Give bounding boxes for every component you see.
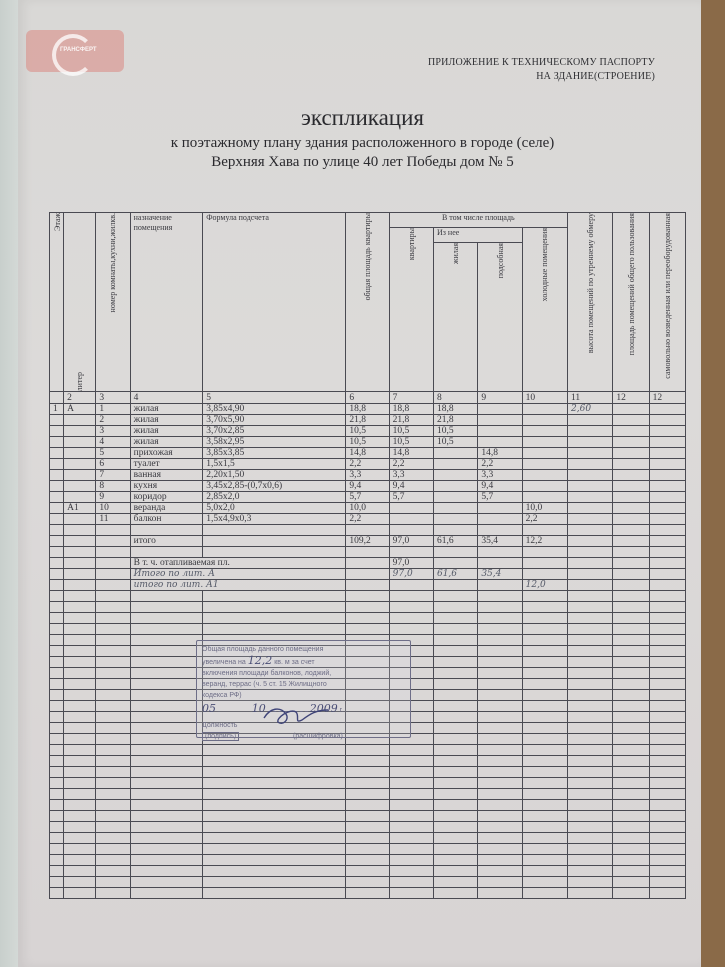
table-row-empty	[50, 888, 686, 899]
cell	[649, 404, 685, 415]
cell: ванная	[130, 470, 203, 481]
cell	[568, 767, 613, 778]
cell	[568, 481, 613, 492]
cell	[130, 767, 203, 778]
table-row: 4жилая3,58x2,9510,510,510,5	[50, 437, 686, 448]
cell	[203, 745, 346, 756]
cell	[203, 624, 346, 635]
cell	[203, 591, 346, 602]
cell	[433, 811, 477, 822]
cell	[522, 833, 567, 844]
cell	[433, 800, 477, 811]
cell	[50, 503, 64, 514]
cell	[96, 624, 130, 635]
cell	[64, 448, 96, 459]
cell: 18,8	[433, 404, 477, 415]
cell	[130, 844, 203, 855]
cell	[346, 613, 389, 624]
cell	[50, 712, 64, 723]
cell	[478, 833, 522, 844]
cell	[96, 679, 130, 690]
cell	[64, 514, 96, 525]
cell: 5,7	[478, 492, 522, 503]
cell	[649, 756, 685, 767]
cell	[649, 415, 685, 426]
cell	[613, 536, 649, 547]
cell: 2,2	[346, 459, 389, 470]
cell	[50, 723, 64, 734]
cell	[568, 855, 613, 866]
handwritten-row: Итого по лит. А97,061,635,4	[50, 569, 686, 580]
cell: 9,4	[478, 481, 522, 492]
cell	[649, 624, 685, 635]
cell	[613, 470, 649, 481]
cell	[478, 811, 522, 822]
cell	[50, 624, 64, 635]
cell	[649, 492, 685, 503]
cell	[478, 789, 522, 800]
cell	[522, 459, 567, 470]
cell	[613, 866, 649, 877]
cell	[433, 734, 477, 745]
cell	[64, 767, 96, 778]
cell	[96, 833, 130, 844]
cell	[50, 613, 64, 624]
cell	[613, 668, 649, 679]
cell	[203, 800, 346, 811]
cell	[64, 723, 96, 734]
cell	[64, 701, 96, 712]
cell	[203, 536, 346, 547]
cell: балкон	[130, 514, 203, 525]
cell	[50, 470, 64, 481]
cell	[568, 624, 613, 635]
cell	[130, 547, 203, 558]
cell: 3,3	[478, 470, 522, 481]
watermark-text: ГРАНСФЕРТ	[60, 47, 97, 53]
cell: 3,45x2,85-(0,7x0,6)	[203, 481, 346, 492]
subtitle-line-1: к поэтажному плану здания расположенного…	[0, 134, 725, 153]
cell	[50, 481, 64, 492]
cell	[433, 459, 477, 470]
cell	[433, 470, 477, 481]
cell	[50, 855, 64, 866]
cell	[649, 789, 685, 800]
cell	[389, 602, 433, 613]
cell	[50, 525, 64, 536]
cell	[568, 415, 613, 426]
appendix-line-1: ПРИЛОЖЕНИЕ К ТЕХНИЧЕСКОМУ ПАСПОРТУ	[428, 56, 655, 70]
cell	[568, 602, 613, 613]
cell: 61,6	[433, 536, 477, 547]
cell	[50, 569, 64, 580]
cell	[50, 547, 64, 558]
cell	[203, 789, 346, 800]
col-letter-header: литер	[64, 213, 96, 392]
table-row: 1А1жилая3,85x4,9018,818,818,82,60	[50, 404, 686, 415]
cell	[389, 811, 433, 822]
cell	[522, 844, 567, 855]
cell	[389, 525, 433, 536]
cell	[64, 712, 96, 723]
cell	[96, 580, 130, 591]
cell	[50, 558, 64, 569]
table-row: 6туалет1,5x1,52,22,22,2	[50, 459, 686, 470]
cell: 10,5	[433, 426, 477, 437]
cell	[649, 481, 685, 492]
cell	[649, 822, 685, 833]
cell	[96, 668, 130, 679]
cell	[64, 613, 96, 624]
cell	[568, 833, 613, 844]
cell	[130, 855, 203, 866]
cell	[389, 877, 433, 888]
cell	[522, 613, 567, 624]
cell	[568, 569, 613, 580]
col-of-which-header: Из нее	[433, 228, 522, 243]
cell	[433, 591, 477, 602]
col-room-no-header: номер комнаты,кухни,жилкв.	[96, 213, 130, 392]
cell	[568, 844, 613, 855]
cell	[64, 646, 96, 657]
cell	[130, 712, 203, 723]
col-incl-group-header: В том числе площадь	[389, 213, 567, 228]
cell	[346, 855, 389, 866]
table-row-empty	[50, 624, 686, 635]
cell	[522, 558, 567, 569]
table-row-empty	[50, 866, 686, 877]
cell	[649, 833, 685, 844]
cell	[613, 789, 649, 800]
cell	[433, 877, 477, 888]
cell	[433, 789, 477, 800]
cell	[50, 844, 64, 855]
cell	[203, 855, 346, 866]
cell: 35,4	[478, 569, 522, 580]
cell	[433, 514, 477, 525]
cell	[130, 646, 203, 657]
cell	[478, 866, 522, 877]
cell	[613, 613, 649, 624]
cell	[613, 877, 649, 888]
cell	[130, 690, 203, 701]
cell	[433, 481, 477, 492]
cell	[433, 679, 477, 690]
cell	[568, 580, 613, 591]
cell	[346, 789, 389, 800]
cell	[568, 591, 613, 602]
cell	[613, 756, 649, 767]
cell	[203, 866, 346, 877]
cell	[130, 613, 203, 624]
cell	[64, 470, 96, 481]
cell	[568, 492, 613, 503]
logo-ring-icon	[52, 34, 94, 76]
cell	[64, 558, 96, 569]
cell	[130, 679, 203, 690]
cell	[433, 657, 477, 668]
cell: 11	[568, 392, 613, 404]
cell: 3,85x4,90	[203, 404, 346, 415]
stamp-line-2: увеличена на 12,2 кв. м за счет	[202, 655, 405, 668]
cell: 97,0	[389, 569, 433, 580]
cell	[522, 767, 567, 778]
cell	[64, 800, 96, 811]
cell	[203, 822, 346, 833]
cell	[613, 679, 649, 690]
cell	[96, 767, 130, 778]
cell	[50, 591, 64, 602]
table-row-empty	[50, 800, 686, 811]
table-row-empty	[50, 877, 686, 888]
cell: 10,5	[389, 437, 433, 448]
cell	[346, 624, 389, 635]
cell: 4	[96, 437, 130, 448]
cell	[568, 822, 613, 833]
cell	[568, 866, 613, 877]
cell	[649, 767, 685, 778]
cell	[64, 624, 96, 635]
cell: 12,0	[522, 580, 567, 591]
cell: 21,8	[346, 415, 389, 426]
cell: 12	[649, 392, 685, 404]
cell: 9,4	[346, 481, 389, 492]
cell	[649, 635, 685, 646]
cell	[130, 635, 203, 646]
cell	[96, 525, 130, 536]
cell: итого	[130, 536, 203, 547]
cell	[50, 514, 64, 525]
cell	[613, 844, 649, 855]
cell	[96, 569, 130, 580]
cell	[649, 514, 685, 525]
cell: туалет	[130, 459, 203, 470]
cell	[389, 888, 433, 899]
cell	[613, 822, 649, 833]
cell	[389, 789, 433, 800]
cell	[50, 767, 64, 778]
cell	[613, 426, 649, 437]
cell	[50, 602, 64, 613]
cell	[568, 690, 613, 701]
cell	[568, 635, 613, 646]
cell: 7	[389, 392, 433, 404]
cell: 10,0	[522, 503, 567, 514]
cell	[568, 646, 613, 657]
cell	[649, 459, 685, 470]
cell	[478, 734, 522, 745]
cell	[568, 679, 613, 690]
cell	[568, 745, 613, 756]
cell: 14,8	[346, 448, 389, 459]
table-row: 5прихожая3,85x3,8514,814,814,8	[50, 448, 686, 459]
cell: 5	[96, 448, 130, 459]
cell	[478, 844, 522, 855]
cell	[50, 745, 64, 756]
cell	[389, 503, 433, 514]
cell	[649, 811, 685, 822]
cell: жилая	[130, 437, 203, 448]
cell	[389, 800, 433, 811]
cell	[130, 602, 203, 613]
cell	[522, 679, 567, 690]
cell: 3,3	[389, 470, 433, 481]
col-total-area-header: общая площадь квартиры	[346, 213, 389, 392]
cell	[568, 778, 613, 789]
cell	[522, 800, 567, 811]
cell	[96, 657, 130, 668]
cell	[649, 525, 685, 536]
cell: 1,5x4,9x0,3	[203, 514, 346, 525]
col-purpose-header: назначение помещения	[130, 213, 203, 392]
cell	[613, 558, 649, 569]
cell	[64, 833, 96, 844]
cell	[96, 690, 130, 701]
handwritten-row: итого по лит. А112,0	[50, 580, 686, 591]
cell	[522, 778, 567, 789]
cell	[346, 580, 389, 591]
cell: 109,2	[346, 536, 389, 547]
cell	[649, 734, 685, 745]
cell: 11	[96, 514, 130, 525]
stamp-area-value: 12,2	[248, 654, 273, 667]
cell	[433, 745, 477, 756]
cell	[613, 514, 649, 525]
cell	[96, 756, 130, 767]
cell	[522, 811, 567, 822]
table-row: 7ванная2,20x1,503,33,33,3	[50, 470, 686, 481]
table-row-empty	[50, 602, 686, 613]
stamp-date-day: 05	[202, 702, 216, 715]
cell	[96, 811, 130, 822]
cell	[613, 481, 649, 492]
cell	[568, 877, 613, 888]
cell	[478, 855, 522, 866]
stamp-footer: (подпись) (расшифровка)	[202, 731, 405, 742]
cell	[50, 492, 64, 503]
cell	[346, 745, 389, 756]
cell	[64, 888, 96, 899]
cell	[478, 437, 522, 448]
cell	[568, 459, 613, 470]
cell	[64, 580, 96, 591]
cell	[649, 701, 685, 712]
cell	[389, 756, 433, 767]
cell	[649, 470, 685, 481]
cell	[613, 448, 649, 459]
cell: 10,5	[346, 426, 389, 437]
cell	[130, 734, 203, 745]
cell: 1	[50, 404, 64, 415]
cell	[96, 558, 130, 569]
cell	[522, 404, 567, 415]
table-row-empty	[50, 855, 686, 866]
cell	[50, 888, 64, 899]
cell	[649, 723, 685, 734]
cell: 5	[203, 392, 346, 404]
cell	[478, 745, 522, 756]
cell	[478, 888, 522, 899]
cell	[64, 734, 96, 745]
cell	[96, 547, 130, 558]
cell	[568, 536, 613, 547]
cell	[613, 404, 649, 415]
cell: 8	[96, 481, 130, 492]
cell	[50, 701, 64, 712]
cell	[613, 690, 649, 701]
cell	[568, 701, 613, 712]
cell	[613, 415, 649, 426]
cell	[130, 833, 203, 844]
cell: 10,5	[346, 437, 389, 448]
stamp-line-4: веранд, террас (ч. 5 ст. 15 Жилищного	[202, 679, 405, 690]
table-row-empty	[50, 833, 686, 844]
cell: 9,4	[389, 481, 433, 492]
cell	[649, 536, 685, 547]
cell	[130, 723, 203, 734]
cell: прихожая	[130, 448, 203, 459]
cell	[203, 547, 346, 558]
document-title: экспликация	[0, 105, 725, 131]
cell	[613, 778, 649, 789]
cell	[522, 635, 567, 646]
cell	[568, 503, 613, 514]
cell	[522, 569, 567, 580]
cell	[130, 525, 203, 536]
cell: жилая	[130, 415, 203, 426]
cell	[64, 657, 96, 668]
cell	[130, 866, 203, 877]
cell	[346, 756, 389, 767]
cell: 2,60	[568, 404, 613, 415]
cell: 2,2	[389, 459, 433, 470]
cell	[130, 789, 203, 800]
cell	[522, 855, 567, 866]
cell	[433, 778, 477, 789]
cell	[64, 536, 96, 547]
cell	[346, 800, 389, 811]
cell	[568, 525, 613, 536]
cell: 18,8	[346, 404, 389, 415]
stamp-line-3: включения площади балконов, лоджий,	[202, 668, 405, 679]
cell	[568, 514, 613, 525]
cell	[649, 437, 685, 448]
cell	[478, 756, 522, 767]
cell	[478, 822, 522, 833]
cell	[522, 646, 567, 657]
cell	[389, 613, 433, 624]
cell	[389, 855, 433, 866]
cell	[96, 635, 130, 646]
cell	[522, 756, 567, 767]
cell	[50, 778, 64, 789]
cell: итого по лит. А1	[130, 580, 346, 591]
cell	[96, 701, 130, 712]
cell	[649, 646, 685, 657]
cell	[96, 646, 130, 657]
col-apartment-header: квартиры	[389, 228, 433, 392]
cell	[522, 822, 567, 833]
appendix-line-2: НА ЗДАНИЕ(СТРОЕНИЕ)	[428, 70, 655, 84]
cell	[64, 822, 96, 833]
cell	[433, 833, 477, 844]
cell	[130, 701, 203, 712]
cell	[64, 481, 96, 492]
cell	[96, 536, 130, 547]
cell: 14,8	[389, 448, 433, 459]
cell	[64, 855, 96, 866]
cell	[478, 657, 522, 668]
